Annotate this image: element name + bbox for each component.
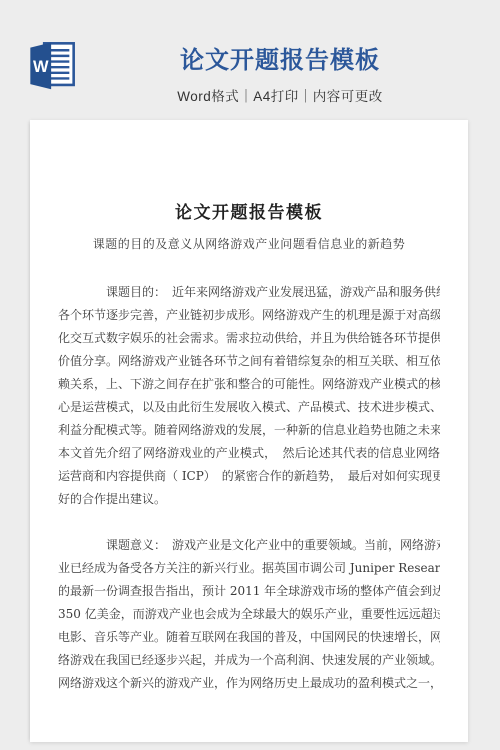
doc-line: 350 亿美金，而游戏产业也会成为全球最大的娱乐产业，重要性远远超过 <box>58 603 440 626</box>
doc-line: 运营商和内容提供商（ ICP） 的紧密合作的新趋势， 最后对如何实现更 <box>58 465 440 488</box>
doc-line: 利益分配模式等。随着网络游戏的发展，一种新的信息业趋势也随之未来。 <box>58 419 440 442</box>
document-title: 论文开题报告模板 <box>58 198 440 223</box>
template-title: 论文开题报告模板 <box>80 40 480 75</box>
paragraph-purpose: 课题目的： 近年来网络游戏产业发展迅猛，游戏产品和服务供给的 各个环节逐步完善，… <box>58 281 440 511</box>
paragraph-significance: 课题意义： 游戏产业是文化产业中的重要领域。当前，网络游戏产 业已经成为备受各方… <box>58 534 440 695</box>
doc-line: 络游戏在我国已经逐步兴起，并成为一个高利润、快速发展的产业领域。 <box>58 649 440 672</box>
doc-line: 心是运营模式，以及由此衍生发展收入模式、产品模式、技术进步模式、 <box>58 396 440 419</box>
doc-line: 网络游戏这个新兴的游戏产业，作为网络历史上最成功的盈利模式之一， <box>58 672 440 695</box>
doc-line: 赖关系，上、下游之间存在扩张和整合的可能性。网络游戏产业模式的核 <box>58 373 440 396</box>
doc-line: 各个环节逐步完善，产业链初步成形。网络游戏产生的机理是源于对高级 <box>58 304 440 327</box>
word-icon-letter: W <box>33 58 49 76</box>
doc-line: 业已经成为备受各方关注的新兴行业。据英国市调公司 Juniper Researc… <box>58 557 440 580</box>
header-text-block: 论文开题报告模板 Word格式｜A4打印｜内容可更改 <box>80 40 480 105</box>
doc-line: 化交互式数字娱乐的社会需求。需求拉动供给，并且为供给链各环节提供 <box>58 327 440 350</box>
doc-line: 价值分享。网络游戏产业链各环节之间有着错综复杂的相互关联、相互依 <box>58 350 440 373</box>
doc-line: 课题目的： 近年来网络游戏产业发展迅猛，游戏产品和服务供给的 <box>58 281 440 304</box>
document-subtitle: 课题的目的及意义从网络游戏产业问题看信息业的新趋势 <box>58 235 440 252</box>
document-page: 论文开题报告模板 课题的目的及意义从网络游戏产业问题看信息业的新趋势 课题目的：… <box>30 120 468 742</box>
doc-line: 课题意义： 游戏产业是文化产业中的重要领域。当前，网络游戏产 <box>58 534 440 557</box>
doc-line: 好的合作提出建议。 <box>58 488 440 511</box>
word-file-icon: W <box>26 38 78 92</box>
template-format-info: Word格式｜A4打印｜内容可更改 <box>80 85 480 105</box>
doc-line: 本文首先介绍了网络游戏业的产业模式， 然后论述其代表的信息业网络 <box>58 442 440 465</box>
page: W 论文开题报告模板 Word格式｜A4打印｜内容可更改 论文开题报告模板 课题… <box>0 0 500 750</box>
doc-line: 电影、音乐等产业。随着互联网在我国的普及，中国网民的快速增长，网 <box>58 626 440 649</box>
preview-header: W 论文开题报告模板 Word格式｜A4打印｜内容可更改 <box>0 0 500 120</box>
doc-line: 的最新一份调查报告指出，预计 2011 年全球游戏市场的整体产值会到达 <box>58 580 440 603</box>
